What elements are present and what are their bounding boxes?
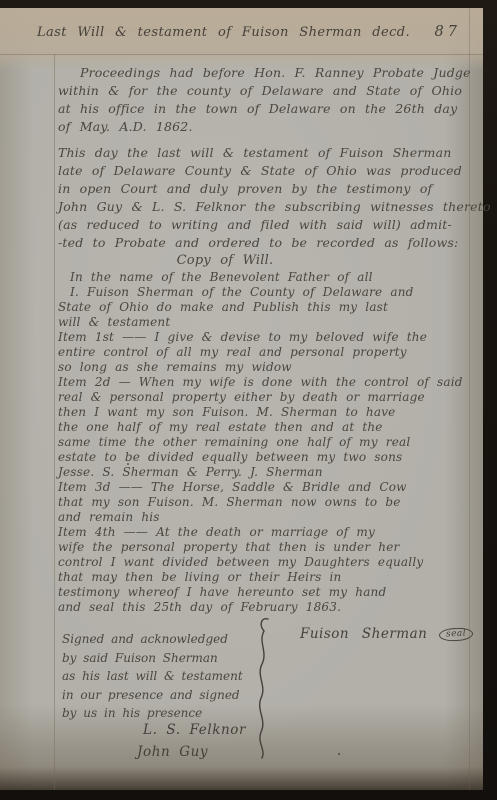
probate-entry-paragraph: This day the last will & testament of Fu… (58, 144, 462, 252)
text-line: testimony whereof I have hereunto set my… (58, 585, 462, 600)
proceedings-paragraph: Proceedings had before Hon. F. Ranney Pr… (58, 64, 462, 136)
page-edge-line (469, 8, 470, 790)
text-line: and seal this 25th day of February 1863. (58, 600, 462, 615)
text-line: This day the last will & testament of Fu… (58, 144, 462, 162)
text-line: late of Delaware County & State of Ohio … (58, 162, 462, 180)
text-line: Proceedings had before Hon. F. Ranney Pr… (58, 64, 462, 82)
witness-signature: L. S. Felknor (143, 722, 246, 738)
ink-speck (338, 753, 340, 755)
text-line: State of Ohio do make and Publish this m… (58, 300, 462, 315)
text-line: within & for the county of Delaware and … (58, 82, 462, 100)
text-line: and remain his (58, 510, 462, 525)
text-line: Jesse. S. Sherman & Perry. J. Sherman (58, 465, 462, 480)
text-line: same time the other remaining one half o… (58, 435, 462, 450)
text-line: at his office in the town of Delaware on… (58, 100, 462, 118)
record-book-page: Last Will & testament of Fuison Sherman … (0, 8, 483, 790)
witness-signature: John Guy (137, 744, 208, 760)
page-number: 87 (435, 24, 461, 40)
text-line: estate to be divided equally between my … (58, 450, 462, 465)
will-heading: Copy of Will. (58, 252, 462, 270)
text-line: Item 4th —— At the death or marriage of … (58, 525, 462, 540)
text-line: Signed and acknowledged (62, 630, 243, 649)
text-line: so long as she remains my widow (58, 360, 462, 375)
text-line: Item 3d —— The Horse, Saddle & Bridle an… (58, 480, 462, 495)
text-line: -ted to Probate and ordered to be record… (58, 234, 462, 252)
text-line: real & personal property either by death… (58, 390, 462, 405)
text-line: Item 2d — When my wife is done with the … (58, 375, 462, 390)
ink-speck (127, 463, 129, 465)
text-line: (as reduced to writing and filed with sa… (58, 216, 462, 234)
header-rule-line (0, 54, 483, 55)
will-body: In the name of the Benevolent Father of … (58, 270, 462, 615)
text-line: in open Court and duly proven by the tes… (58, 180, 462, 198)
attestation-clause: Signed and acknowledged by said Fuison S… (62, 630, 243, 723)
text-line: will & testament (58, 315, 462, 330)
seal-stamp: seal (439, 627, 474, 642)
text-line: by said Fuison Sherman (62, 649, 243, 668)
text-line: as his last will & testament (62, 667, 243, 686)
page-header: Last Will & testament of Fuison Sherman … (37, 24, 461, 40)
text-line: by us in his presence (62, 704, 243, 723)
testator-signature: Fuison Sherman (300, 626, 427, 642)
text-line: entire control of all my real and person… (58, 345, 462, 360)
text-line: then I want my son Fuison. M. Sherman to… (58, 405, 462, 420)
text-line: in our presence and signed (62, 686, 243, 705)
text-line: that may then be living or their Heirs i… (58, 570, 462, 585)
seal-label: seal (446, 628, 467, 639)
margin-crease-line (54, 54, 55, 790)
text-line: control I want divided between my Daught… (58, 555, 462, 570)
text-line: that my son Fuison. M. Sherman now owns … (58, 495, 462, 510)
scanned-book-photo: Last Will & testament of Fuison Sherman … (0, 0, 497, 800)
text-line: of May. A.D. 1862. (58, 118, 462, 136)
testator-signature-row: Fuison Shermanseal (300, 626, 474, 642)
document-body: Proceedings had before Hon. F. Ranney Pr… (58, 64, 462, 615)
text-line: wife the personal property that then is … (58, 540, 462, 555)
attestation-brace (252, 616, 274, 761)
page-header-title: Last Will & testament of Fuison Sherman … (37, 25, 410, 40)
text-line: In the name of the Benevolent Father of … (58, 270, 462, 285)
text-line: John Guy & L. S. Felknor the subscribing… (58, 198, 462, 216)
text-line: Item 1st —— I give & devise to my belove… (58, 330, 462, 345)
text-line: I. Fuison Sherman of the County of Delaw… (58, 285, 462, 300)
text-line: the one half of my real estate then and … (58, 420, 462, 435)
